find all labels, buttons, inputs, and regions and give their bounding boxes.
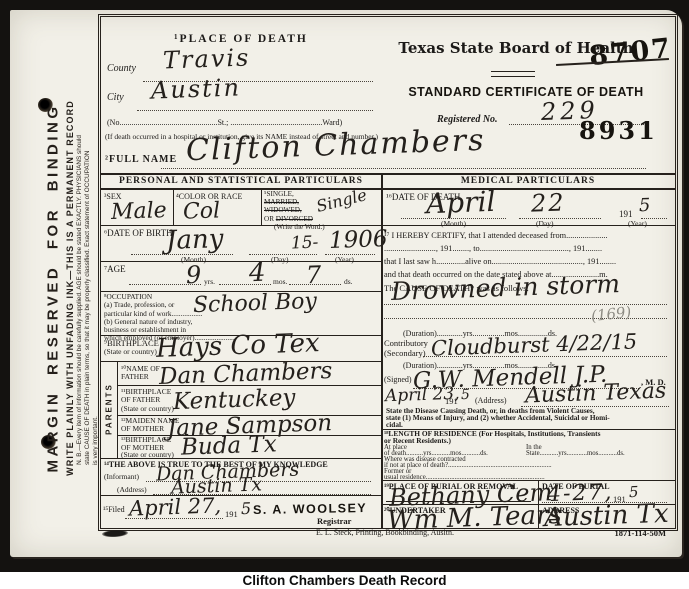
city-rule (137, 109, 373, 111)
image-caption: Clifton Chambers Death Record (0, 572, 689, 589)
registrar-stamp: S. A. WOOLSEY (253, 502, 367, 516)
cause-of-death-value: Drowned in storm (391, 271, 621, 304)
marital-married-option: MARRIED, (264, 198, 299, 206)
occupation-value: School Boy (193, 291, 318, 317)
birthplace-hint: (State or country) (104, 347, 157, 356)
parents-label: PARENTS (105, 383, 114, 435)
death-record-scan: MARGIN RESERVED FOR BINDING WRITE PLAINL… (0, 0, 689, 589)
filed-year-prefix: 191 (225, 509, 238, 519)
plate-number: 1871-114-50M (570, 528, 666, 538)
filed-date-value: April 27, (129, 495, 222, 519)
margin-write-plainly-note: WRITE PLAINLY WITH UNFADING INK—THIS IS … (65, 100, 75, 476)
marital-divorced-option: DIVORCED (276, 215, 313, 223)
yrs-hint: yrs. (204, 277, 215, 286)
full-name-rule (161, 167, 646, 169)
dod-month-hint: (Month) (441, 219, 466, 228)
informant-label: (Informant) (104, 472, 139, 481)
dod-year-hint: (Year) (628, 219, 647, 228)
certificate-form: ¹PLACE OF DEATH County Travis City Austi… (98, 14, 678, 531)
dod-year-value: 5 (639, 197, 651, 215)
marital-hint: (Write the Word.) (264, 223, 325, 231)
row-rule (101, 261, 381, 262)
city-value: Austin (151, 75, 242, 102)
dob-day-value: 15- (291, 235, 319, 253)
ds-hint: ds. (344, 277, 353, 286)
signed-year-value: 5 (461, 388, 470, 402)
contributory-rule (423, 355, 667, 357)
stamp-8931: 8931 (579, 119, 658, 143)
county-value: Travis (163, 45, 251, 72)
standard-certificate-title: STANDARD CERTIFICATE OF DEATH (391, 85, 661, 99)
double-rule (491, 71, 535, 77)
cell-divider (173, 189, 174, 225)
father-birthplace-value: Kentuckey (173, 387, 296, 414)
full-name-label: ²FULL NAME (105, 154, 177, 165)
row-rule (101, 225, 381, 226)
contributory-label: Contributory (Secondary) (384, 339, 428, 358)
day-hint: (Day) (271, 255, 289, 264)
residence-title: ¹⁸LENGTH OF RESIDENCE (For Hospitals, In… (384, 431, 600, 445)
stamp-8707: 8707 (588, 35, 674, 71)
registered-no-label: Registered No. (437, 114, 498, 125)
dob-year-value: 1906 (329, 228, 388, 253)
informant-address-label: (Address) (117, 485, 147, 494)
filed-year-value: 5 (241, 501, 252, 517)
undertaker-address-value: Austin Tx (544, 501, 669, 531)
personal-section-title: PERSONAL AND STATISTICAL PARTICULARS (101, 176, 381, 186)
burial-year-value: 5 (629, 485, 639, 500)
dob-label: ⁶DATE OF BIRTH (104, 228, 173, 238)
registrar-label: Registrar (317, 516, 351, 526)
age-label: ⁷AGE (104, 264, 126, 274)
filed-label: ¹⁵Filed (103, 505, 125, 514)
cell-divider (261, 189, 262, 225)
personal-title-rule (101, 188, 381, 190)
parents-strip-rule (117, 361, 118, 458)
residence-right-block: In the State...........yrs............mo… (526, 445, 625, 457)
mother-birthplace-value: Buda Tx (181, 433, 278, 459)
dob-month-value: Jany (166, 226, 224, 254)
county-label: County (107, 63, 136, 74)
marital-or-word: OR (264, 215, 274, 223)
row-rule (381, 225, 675, 226)
year-hint: (Year) (335, 255, 354, 264)
header-bottom-rule (101, 173, 675, 175)
scan-background: MARGIN RESERVED FOR BINDING WRITE PLAINL… (0, 0, 689, 572)
sex-value: Male (111, 200, 167, 224)
age-yrs-value: 9 (186, 263, 202, 288)
violent-causes-note: State the Disease Causing Death, or, in … (386, 407, 610, 429)
age-mos-value: 4 (249, 260, 266, 287)
dod-year-prefix: 191 (619, 209, 633, 219)
signed-label: (Signed) (384, 375, 412, 384)
full-name-value: Clifton Chambers (186, 126, 486, 166)
margin-nb-note: N. B.—Every item of information should b… (76, 135, 100, 465)
dod-month-value: April (426, 188, 496, 218)
pencil-code-note: (169) (590, 303, 632, 325)
mother-birthplace-label: ¹³BIRTHPLACE OF MOTHER (State or country… (121, 436, 174, 459)
certificate-page: MARGIN RESERVED FOR BINDING WRITE PLAINL… (10, 10, 682, 557)
signed-year-prefix: 191 (445, 396, 458, 406)
dod-day-hint: (Day) (536, 219, 554, 228)
mos-hint: mos. (273, 277, 287, 286)
birthplace-value: Hays Co Tex (156, 330, 320, 362)
margin-binding-title: MARGIN RESERVED FOR BINDING (45, 103, 62, 472)
street-ward-line: (No.....................................… (107, 118, 342, 127)
medical-section-title: MEDICAL PARTICULARS (381, 176, 675, 186)
age-ds-value: 7 (306, 263, 322, 288)
marital-single-option: ⁵SINGLE, (264, 190, 294, 198)
city-label: City (107, 92, 124, 103)
marital-widowed-option: WIDOWED, (264, 206, 302, 214)
signed-address-value: Austin Texas (525, 381, 667, 408)
father-name-label: ¹⁰NAME OF FATHER (121, 365, 160, 382)
dod-day-value: 22 (531, 190, 566, 215)
signed-address-label: (Address) (475, 396, 507, 405)
row-rule (101, 458, 381, 459)
color-race-value: Col (183, 200, 221, 223)
father-birthplace-label: ¹¹BIRTHPLACE OF FATHER (State or country… (121, 388, 174, 413)
